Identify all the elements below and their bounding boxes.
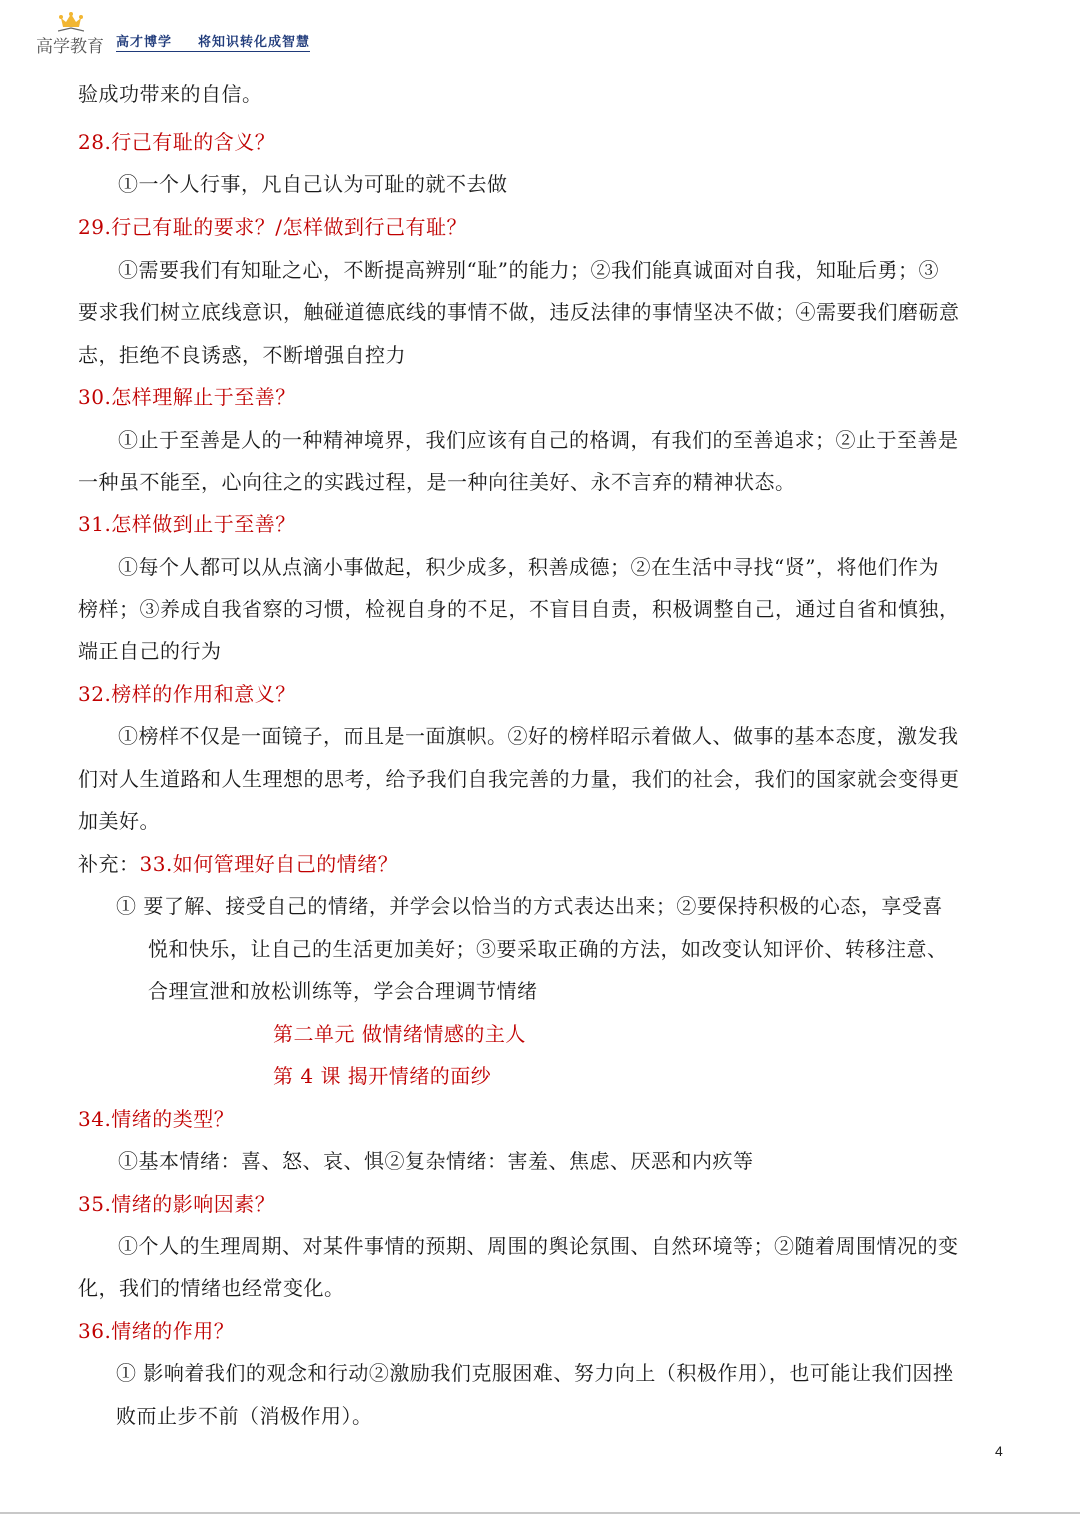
- answer-text: ①需要我们有知耻之心，不断提高辨别“耻”的能力；②我们能真诚面对自我，知耻后勇；…: [78, 256, 939, 284]
- header-slogan: 高才博学将知识转化成智慧: [116, 31, 310, 52]
- answer-text: ① 影响着我们的观念和行动②激励我们克服困难、努力向上（积极作用），也可能让我们…: [116, 1359, 953, 1387]
- answer-text: ①基本情绪：喜、怒、哀、惧②复杂情绪：害羞、焦虑、厌恶和内疚等: [118, 1147, 754, 1175]
- question-heading: 34.情绪的类型？: [78, 1105, 234, 1133]
- answer-text: ①止于至善是人的一种精神境界，我们应该有自己的格调，有我们的至善追求；②止于至善…: [78, 426, 959, 454]
- answer-text: 们对人生道路和人生理想的思考，给予我们自我完善的力量，我们的社会，我们的国家就会…: [78, 765, 960, 793]
- question-heading: 33.如何管理好自己的情绪？: [140, 852, 399, 876]
- answer-text: 一种虽不能至，心向往之的实践过程，是一种向往美好、永不言弃的精神状态。: [78, 468, 796, 496]
- answer-text: ①每个人都可以从点滴小事做起，积少成多，积善成德；②在生活中寻找“贤”，将他们作…: [78, 553, 939, 581]
- crown-icon: [58, 12, 84, 34]
- question-heading: 31.怎样做到止于至善？: [78, 510, 296, 538]
- page-header: 高学教育 高才博学将知识转化成智慧: [0, 0, 1080, 60]
- answer-text: 要求我们树立底线意识，触碰道德底线的事情不做，违反法律的事情坚决不做；④需要我们…: [78, 298, 960, 326]
- answer-text: 败而止步不前（消极作用）。: [116, 1402, 373, 1430]
- logo-text: 高学教育: [36, 32, 104, 57]
- body-text: 验成功带来的自信。: [78, 80, 263, 108]
- page-number: 4: [995, 1443, 1003, 1459]
- question-heading: 32.榜样的作用和意义？: [78, 680, 296, 708]
- answer-text: 化，我们的情绪也经常变化。: [78, 1274, 345, 1302]
- answer-text: 加美好。: [78, 807, 160, 835]
- answer-text: 志，拒绝不良诱惑，不断增强自控力: [78, 341, 406, 369]
- question-heading: 29.行己有耻的要求？/怎样做到行己有耻？: [78, 213, 467, 241]
- question-heading: 28.行己有耻的含义？: [78, 128, 275, 156]
- supplement-heading: 补充：33.如何管理好自己的情绪？: [78, 850, 398, 878]
- question-heading: 35.情绪的影响因素？: [78, 1190, 275, 1218]
- question-heading: 36.情绪的作用？: [78, 1317, 234, 1345]
- slogan-right: 将知识转化成智慧: [198, 31, 310, 50]
- logo: 高学教育: [36, 10, 106, 50]
- unit-title: 第二单元 做情绪情感的主人: [273, 1020, 526, 1048]
- supplement-label: 补充：: [78, 852, 140, 876]
- answer-text: 榜样；③养成自我省察的习惯，检视自身的不足，不盲目自责，积极调整自己，通过自省和…: [78, 595, 960, 623]
- answer-text: 合理宣泄和放松训练等，学会合理调节情绪: [148, 977, 538, 1005]
- answer-text: ①榜样不仅是一面镜子，而且是一面旗帜。②好的榜样昭示着做人、做事的基本态度，激发…: [78, 722, 959, 750]
- answer-text: ①个人的生理周期、对某件事情的预期、周围的舆论氛围、自然环境等；②随着周围情况的…: [118, 1232, 959, 1260]
- answer-text: 端正自己的行为: [78, 637, 222, 665]
- answer-text: ① 要了解、接受自己的情绪，并学会以恰当的方式表达出来；②要保持积极的心态，享受…: [116, 892, 943, 920]
- answer-text: ①一个人行事，凡自己认为可耻的就不去做: [78, 170, 508, 198]
- slogan-left: 高才博学: [116, 31, 172, 50]
- lesson-title: 第 4 课 揭开情绪的面纱: [273, 1062, 491, 1090]
- answer-text: 悦和快乐，让自己的生活更加美好；③要采取正确的方法，如改变认知评价、转移注意、: [148, 935, 948, 963]
- question-heading: 30.怎样理解止于至善？: [78, 383, 296, 411]
